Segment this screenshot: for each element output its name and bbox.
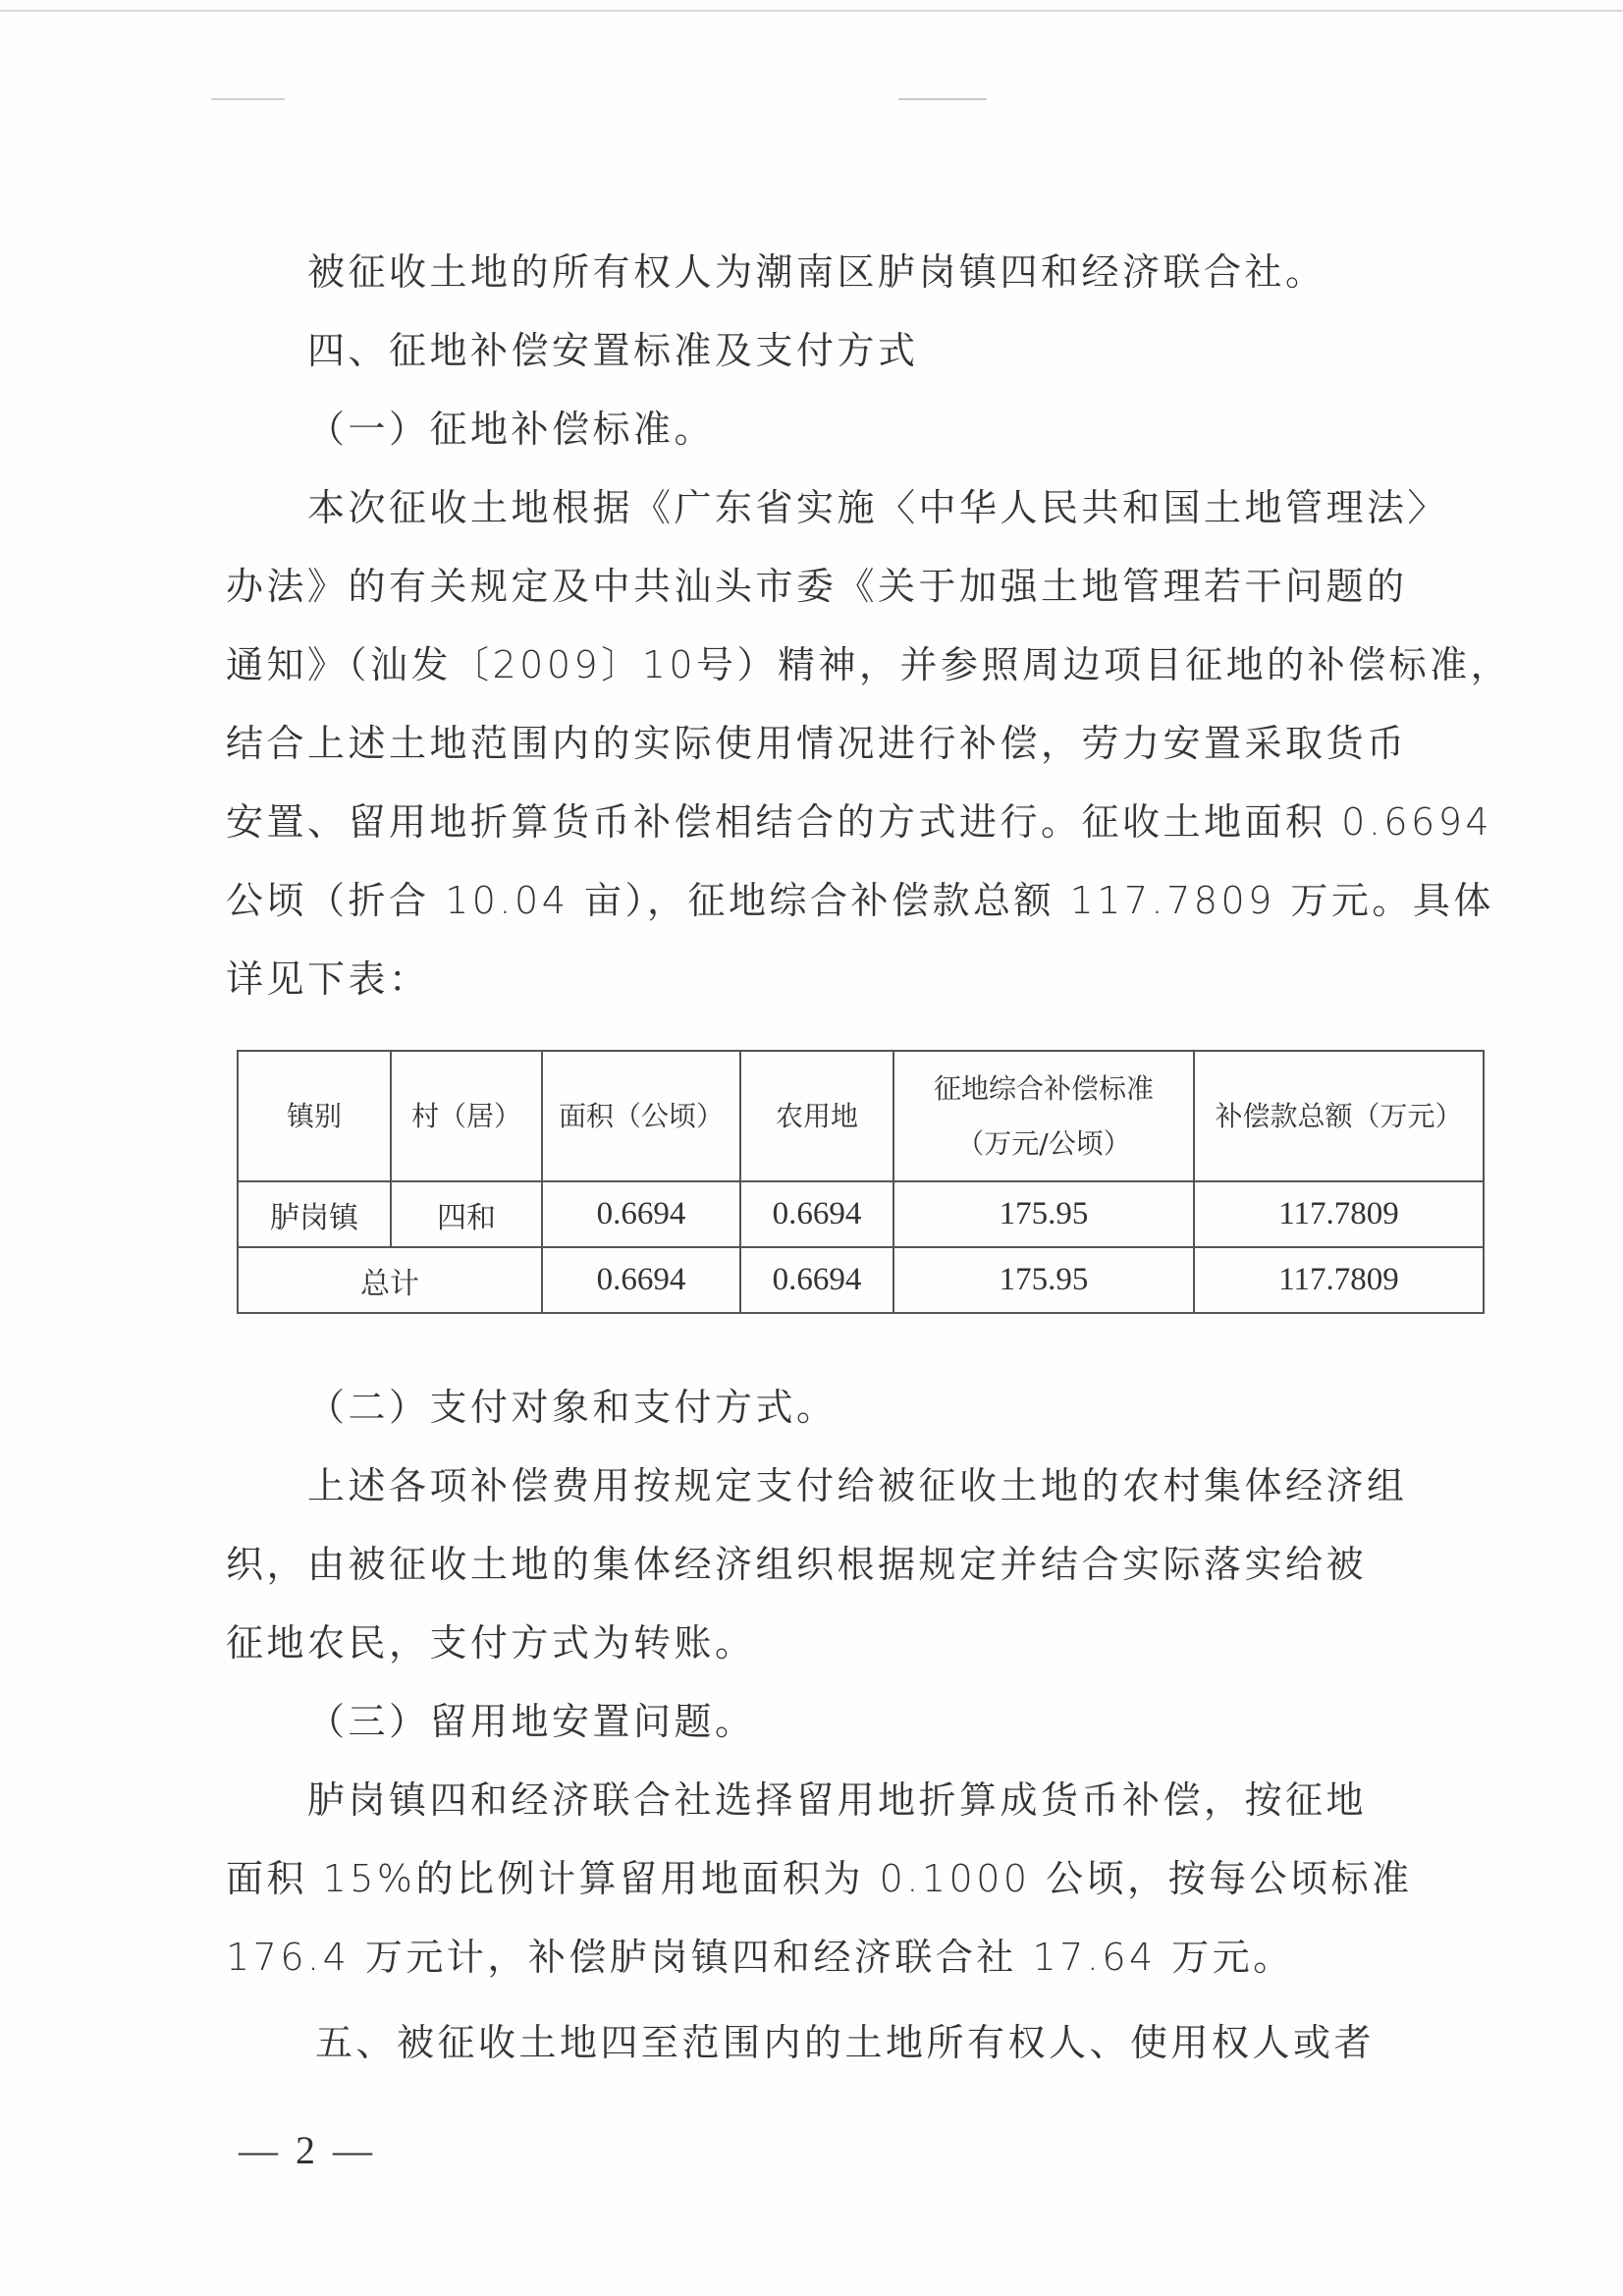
compensation-table: 镇别 村（居） 面积（公顷） 农用地 征地综合补偿标准 （万元/公顷） 补偿款总… xyxy=(237,1050,1485,1314)
text-line: 被征收土地的所有权人为潮南区胪岗镇四和经济联合社。 xyxy=(307,248,1326,296)
scan-mark-right xyxy=(898,98,987,100)
table-header-row: 镇别 村（居） 面积（公顷） 农用地 征地综合补偿标准 （万元/公顷） 补偿款总… xyxy=(238,1051,1484,1181)
text-line: （二）支付对象和支付方式。 xyxy=(307,1384,838,1431)
text-line: 结合上述土地范围内的实际使用情况进行补偿，劳力安置采取货币 xyxy=(226,720,1408,767)
header-standard: 征地综合补偿标准 （万元/公顷） xyxy=(893,1051,1194,1181)
total-amount: 117.7809 xyxy=(1194,1247,1484,1313)
text-line: 上述各项补偿费用按规定支付给被征收土地的农村集体经济组 xyxy=(307,1462,1408,1509)
header-area: 面积（公顷） xyxy=(542,1051,740,1181)
cell-area: 0.6694 xyxy=(542,1181,740,1247)
table-row: 胪岗镇 四和 0.6694 0.6694 175.95 117.7809 xyxy=(238,1181,1484,1247)
cell-standard: 175.95 xyxy=(893,1181,1194,1247)
total-label: 总计 xyxy=(238,1247,542,1313)
text-line: 五、被征收土地四至范围内的土地所有权人、使用权人或者 xyxy=(315,2019,1375,2066)
scan-edge-line xyxy=(0,10,1623,12)
text-line: 176.4 万元计，补偿胪岗镇四和经济联合社 17.64 万元。 xyxy=(226,1934,1294,1981)
text-line: 织，由被征收土地的集体经济组织根据规定并结合实际落实给被 xyxy=(226,1541,1367,1588)
text-line: 详见下表： xyxy=(226,956,430,1003)
text-line: （三）留用地安置问题。 xyxy=(307,1698,756,1745)
cell-village: 四和 xyxy=(391,1181,542,1247)
text-line: （一）征地补偿标准。 xyxy=(307,406,715,453)
header-standard-line1: 征地综合补偿标准 xyxy=(894,1062,1193,1117)
total-area: 0.6694 xyxy=(542,1247,740,1313)
text-line: 四、征地补偿安置标准及支付方式 xyxy=(307,327,919,374)
text-line: 本次征收土地根据《广东省实施〈中华人民共和国土地管理法〉 xyxy=(307,484,1448,531)
text-line: 办法》的有关规定及中共汕头市委《关于加强土地管理若干问题的 xyxy=(226,563,1408,610)
text-line: 征地农民，支付方式为转账。 xyxy=(226,1619,756,1667)
scan-mark-left xyxy=(211,98,285,100)
text-line: 胪岗镇四和经济联合社选择留用地折算成货币补偿，按征地 xyxy=(307,1777,1367,1824)
page-number: — 2 — xyxy=(239,2127,376,2174)
total-farmland: 0.6694 xyxy=(740,1247,893,1313)
table-total-row: 总计 0.6694 0.6694 175.95 117.7809 xyxy=(238,1247,1484,1313)
text-line: 公顷（折合 10.04 亩），征地综合补偿款总额 117.7809 万元。具体 xyxy=(226,877,1494,924)
header-farmland: 农用地 xyxy=(740,1051,893,1181)
header-town: 镇别 xyxy=(238,1051,391,1181)
cell-total: 117.7809 xyxy=(1194,1181,1484,1247)
cell-farmland: 0.6694 xyxy=(740,1181,893,1247)
text-line: 安置、留用地折算货币补偿相结合的方式进行。征收土地面积 0.6694 xyxy=(226,798,1492,846)
header-standard-line2: （万元/公顷） xyxy=(894,1117,1193,1172)
header-village: 村（居） xyxy=(391,1051,542,1181)
header-total: 补偿款总额（万元） xyxy=(1194,1051,1484,1181)
text-line: 通知》（汕发〔2009〕10号）精神，并参照周边项目征地的补偿标准， xyxy=(226,641,1511,688)
total-standard: 175.95 xyxy=(893,1247,1194,1313)
text-line: 面积 15%的比例计算留用地面积为 0.1000 公顷，按每公顷标准 xyxy=(226,1855,1413,1902)
cell-town: 胪岗镇 xyxy=(238,1181,391,1247)
